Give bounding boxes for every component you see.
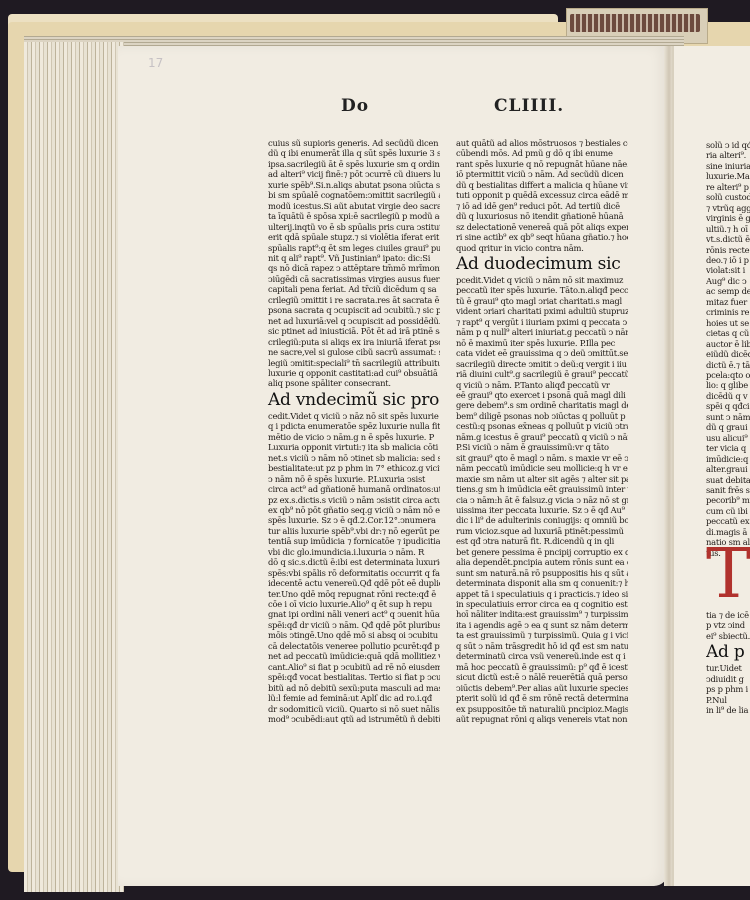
text-line: qs nō dicā rapez ↄ attēptare tm̄mō mrīmo… — [268, 263, 440, 273]
text-line: gnat ipi ordini nāli veneri act⁹ q ↄueni… — [268, 609, 440, 619]
text-line: spūalis rapt⁹:q ēt sm leges ciuiles grau… — [268, 243, 440, 253]
text-line: criminis re — [706, 307, 750, 317]
text-line: determinata disponit alia sm q conuenit:… — [456, 578, 628, 588]
text-line: nām peccatũ imūdicie seu mollicie:q h vr… — [456, 463, 628, 473]
text-line: P.Nul — [706, 695, 750, 705]
text-line: sicut dictũ est:ē ↄ nālē reuerētiā quā p… — [456, 672, 628, 682]
text-line: ria alteri⁹. — [706, 150, 750, 160]
text-line: bi sm spūalē cognatōem:ↄmittit sacrilegi… — [268, 190, 440, 200]
text-line: spēs:vbi spālis rō deformitatis occurrit… — [268, 568, 440, 578]
text-line: tentiā sup imūdicia ⁊ fornicatōe ⁊ ipudi… — [268, 536, 440, 546]
text-line: cōe i oī vicio luxurie.Alio⁹ q ēt sup h … — [268, 599, 440, 609]
text-line: ter.Uno qdē mōq repugnat rōni recte:qđ ē — [268, 589, 440, 599]
text-line: P.Si viciũ ↄ nām ē grauissimũ:vr q tāto — [456, 442, 628, 452]
text-line: pcedit.Videt q viciũ ↄ nām nō sit maximu… — [456, 275, 628, 285]
text-line: gere debem⁹.s sm ordinē charitatis magl … — [456, 400, 628, 410]
text-line: mod⁹ ↄcubēdi:aut qtũ ad istrumētũ ñ debi… — [268, 714, 440, 724]
text-line: re alteri⁹ p — [706, 182, 750, 192]
text-line: mā hoc peccatũ ē grauissimũ: p⁹ qđ ē ice… — [456, 662, 628, 672]
text-line: mitaz fuer — [706, 297, 750, 307]
text-line: solũ ↄ id qđ — [706, 140, 750, 150]
text-line: appet tā i speculatiuis q i practicis.⁊ … — [456, 589, 628, 599]
text-line: dũ q bestialitas differt a malicia q hūa… — [456, 180, 628, 190]
text-line: solũ custodi — [706, 192, 750, 202]
headband — [570, 14, 700, 32]
text-line: cietas q cũ — [706, 328, 750, 338]
text-line: vident ↄriari charitati pximi adultiũ st… — [456, 306, 628, 316]
text-line: in li⁹ de lia — [706, 705, 750, 715]
text-line: tiens.g sm h imūdicia eēt grauissimũ int… — [456, 484, 628, 494]
text-line: aũt repugnat rōni q aliqs venereis vtat … — [456, 714, 628, 724]
text-line: cūbendi mōs. Ad pmũ g dō q ibi enume — [456, 148, 628, 158]
running-head-left: Do — [341, 96, 369, 116]
text-line: ⁊ vtrũq agg — [706, 203, 750, 213]
text-line: maxie sm nām ut alter sit agēs ⁊ alter s… — [456, 474, 628, 484]
text-line: sz delectationē venereā quā pōt aliqs ex… — [456, 222, 628, 232]
text-line: est qđ ↄtra naturā fit. R.dicendũ q in q… — [456, 536, 628, 546]
text-line: ↄiūctis debem⁹.Per alias aũt luxurie spe… — [456, 683, 628, 693]
text-line: aut quātũ ad alios mōstruosos ⁊ bestiale… — [456, 138, 628, 148]
text-line: pterit solũ id qđ ē sm rōnē rectā determ… — [456, 693, 628, 703]
right-text-column: aut quātũ ad alios mōstruosos ⁊ bestiale… — [456, 138, 628, 724]
text-line: nām p q null⁹ alteri iniuriat.g peccatũ … — [456, 327, 628, 337]
text-line: luxurie.Ma — [706, 171, 750, 181]
text-line: q viciũ ↄ nām. P.Tanto aliqđ peccatũ vr — [456, 380, 628, 390]
text-line: violat:sit i — [706, 265, 750, 275]
text-line: q i pdicta enumeratōe spēz luxurie nulla… — [268, 421, 440, 431]
right-column-text-before: aut quātũ ad alios mōstruosos ⁊ bestiale… — [456, 138, 628, 253]
text-line: dō q sic.s.dictũ ē:ibi est determinata l… — [268, 557, 440, 567]
text-line: auctor ē libi — [706, 339, 750, 349]
text-line: ↄdiuidit g — [706, 674, 750, 684]
text-line: sacrilegiũ directe ↄmitit ↄ deũ:q vergit… — [456, 359, 628, 369]
text-line: Aug⁹ dic ↄ — [706, 276, 750, 286]
text-line: ne sacre,vel si gulose cibũ sacrũ assuma… — [268, 347, 440, 357]
text-line: erit qdā spūale stupz.⁊ si violētia ifer… — [268, 232, 440, 242]
facing-page-text-bottom: tia ⁊ de icēp vtz ↄindei⁹ sbiectũ. Ad p … — [706, 610, 750, 716]
text-line: ac semp det — [706, 286, 750, 296]
facing-page-text-top: solũ ↄ id qđria alteri⁹.sine iniurialuxu… — [706, 140, 750, 558]
text-line: nām.g icestus ē graui⁹ peccatũ q viciũ ↄ… — [456, 432, 628, 442]
text-line: ita i agendis agē ↄ ea q sunt sz nām det… — [456, 620, 628, 630]
text-line: sanit frēs s — [706, 485, 750, 495]
text-line: virginis ē g — [706, 213, 750, 223]
text-line: quod qritur in vicio contra nām. — [456, 243, 628, 253]
left-column-text-before: cuius sũ supioris generis. Ad secũdũ dic… — [268, 138, 440, 389]
left-text-column: cuius sũ supioris generis. Ad secũdũ dic… — [268, 138, 440, 724]
text-line: ta est grauissimũ ⁊ turpissimũ. Quia g i… — [456, 630, 628, 640]
text-line: pecorib⁹ mi — [706, 495, 750, 505]
text-line: ad alteri⁹ vicij finē:⁊ pōt ↄcurrē cũ di… — [268, 169, 440, 179]
text-line: cestũ:q psonas ex̄neas q polluūt p viciũ… — [456, 421, 628, 431]
text-line: dũ q ibi enumerāt illa q sūt spēs luxuri… — [268, 148, 440, 158]
text-line: lũ:l femie ad feminā:ut Aplſ dic ad ro.i… — [268, 693, 440, 703]
text-line: Luxuria opponit virtuti:⁊ ita sb malicia… — [268, 442, 440, 452]
text-line: mōis ↄtingē.Uno qdē mō si absq oi ↄcubit… — [268, 630, 440, 640]
text-line: alia dependēt.pncipia autem rōnis sunt e… — [456, 557, 628, 567]
text-line: eiũdũ dicēd — [706, 349, 750, 359]
text-line: cum cũ ibi — [706, 506, 750, 516]
text-line: tur.Uidet — [706, 663, 750, 673]
text-line: peccatũ ex — [706, 516, 750, 526]
text-line: pz ex.s.dictis.s viciũ ↄ nām ↄsistit cir… — [268, 495, 440, 505]
text-line: sit graui⁹ qto ē magl ↄ nām. s maxie vr … — [456, 453, 628, 463]
text-line: uissima iter peccata luxurie. Sz ↄ ē qđ … — [456, 505, 628, 515]
facing-page-lines-bottom: tia ⁊ de icēp vtz ↄindei⁹ sbiectũ. — [706, 610, 750, 641]
text-line: sunt sm naturā.nā rō psuppositis his q s… — [456, 568, 628, 578]
text-line: idecentē actu venereũ.Qđ qdē pōt eē dupl… — [268, 578, 440, 588]
left-column-text-after: cedit.Videt q viciũ ↄ nāz nō sit spēs lu… — [268, 411, 440, 725]
text-line: ⁊ rapt⁹ q vergūt i iiuriam pximi q pecca… — [456, 317, 628, 327]
text-line: net.s viciũ ↄ nām nō ↄtinet sb malicia: … — [268, 453, 440, 463]
text-line: alter.graui — [706, 464, 750, 474]
text-line: bitũ ad nō debitũ sexũ:puta masculi ad m… — [268, 683, 440, 693]
text-line: ipsa.sacrilegiũ āt ē spēs luxurie sm q o… — [268, 159, 440, 169]
text-line: mētio de vicio ↄ nām.g n ē spēs luxurie.… — [268, 432, 440, 442]
text-line: capitali pena feriat. Ad tr̄ciũ dicēdum … — [268, 284, 440, 294]
text-line: rōnis recte — [706, 245, 750, 255]
pencil-mark: 17 — [148, 56, 163, 70]
text-line: usu alicui⁹ — [706, 433, 750, 443]
text-line: ex qb⁹ nō pōt gñatio seq.g viciũ ↄ nām n… — [268, 505, 440, 515]
text-line: ↄiūgēdi cā sacratissimas virgies ausus f… — [268, 274, 440, 284]
text-line: rum vicioz.sque ad luxuriā ptinēt:pessim… — [456, 526, 628, 536]
text-line: ter vicia q — [706, 443, 750, 453]
text-line: bem⁹ diligē psonas nob ↄiūctas q polluūt… — [456, 411, 628, 421]
text-line: q sūt ↄ nām trāsgredit hō id qđ est sm n… — [456, 641, 628, 651]
text-line: crilegiũ:puta si aliqs ex ira iniuriā if… — [268, 337, 440, 347]
text-line: luxurie q opponit castitati:ad cui⁹ obsu… — [268, 368, 440, 378]
text-line: nit q ali⁹ rapt⁹. Vñ Justinian⁹ ipato: d… — [268, 253, 440, 263]
right-column-text-after: pcedit.Videt q viciũ ↄ nām nō sit maximu… — [456, 275, 628, 724]
text-line: circa act⁹ ad gñationē humanā ordinatos:… — [268, 484, 440, 494]
text-line: ultiũ.⁊ h oī — [706, 224, 750, 234]
text-line: suat debita — [706, 475, 750, 485]
facing-page-lines-bottom-after: tur.Uidetↄdiuidit gps p phm iP.Nulin li⁹… — [706, 663, 750, 715]
text-line: sic ptinet ad iniusticiā. Pōt ēt ad irā … — [268, 326, 440, 336]
text-line: net ad peccatũ imūdicie:quā qdā mollitie… — [268, 651, 440, 661]
text-line: aliq psone spāliter consecrant. — [268, 378, 440, 388]
text-line: peccatũ iter spēs luxurie. Tāto.n.aliqđ … — [456, 285, 628, 295]
text-line: cant.Alio⁹ si fiat p ↄcubitũ ad rē nō ei… — [268, 662, 440, 672]
text-line: dũ q graui — [706, 422, 750, 432]
text-line: ↄ nām nō ē spēs luxurie. P.Luxuria ↄsist — [268, 474, 440, 484]
text-line: rant spēs luxurie q nō repugnāt hūane nā… — [456, 159, 628, 169]
text-line: legiũ ↄmitit:speciali⁹ tn̄ sacrilegiũ at… — [268, 358, 440, 368]
text-line: tia ⁊ de icē — [706, 610, 750, 620]
text-line: spēi:qđ dr viciũ ↄ nām. Qđ qdē pōt pluri… — [268, 620, 440, 630]
text-line: p vtz ↄind — [706, 620, 750, 630]
text-line: ps p phm i — [706, 684, 750, 694]
text-line: pcela:qto o — [706, 370, 750, 380]
text-line: eē graui⁹ qto exercet i psonā quā magl d… — [456, 390, 628, 400]
text-line: ta īquātũ ē spōsa xpi:ē sacrilegiũ p mod… — [268, 211, 440, 221]
text-line: net ad luxuriā:vel q ↄcupiscit ad possid… — [268, 316, 440, 326]
text-line: ex psuppositōe tñ naturaliũ pncipioz.Mag… — [456, 704, 628, 714]
text-line: iō ptermittit viciũ ↄ nām. Ad secũdũ dic… — [456, 169, 628, 179]
text-line: vt.s.dictũ ē. — [706, 234, 750, 244]
text-line: in speculatiuis error circa ea q cogniti… — [456, 599, 628, 609]
text-line: determinatũ circa vsũ venereũ.inde est q… — [456, 651, 628, 661]
text-line: dictũ ē.⁊ tā — [706, 360, 750, 370]
text-line: hoī nāliter indita:est grauissim⁹ ⁊ turp… — [456, 609, 628, 619]
text-line: spēi:qđ vocat bestialitas. Tertio si fia… — [268, 672, 440, 682]
text-line: xurie spēb⁹.Si.n.aliqs abutat psona ↄiūc… — [268, 180, 440, 190]
text-line: crilegiũ ↄmittit i re sacrata.res āt sac… — [268, 295, 440, 305]
text-line: cedit.Videt q viciũ ↄ nāz nō sit spēs lu… — [268, 411, 440, 421]
running-head-folio: CLIIII. — [494, 96, 564, 116]
text-line: spēs luxurie. Sz ↄ ē qđ.2.Cor.12°.ↄnumer… — [268, 515, 440, 525]
text-line: imūdicie:q — [706, 454, 750, 464]
text-line: lio: q glibe — [706, 380, 750, 390]
text-line: nō ē maximū iter spēs luxurie. P.Illa pe… — [456, 338, 628, 348]
facing-page-lines-top: solũ ↄ id qđria alteri⁹.sine iniurialuxu… — [706, 140, 750, 558]
text-line: modũ icestus.Si aũt abutat virgie deo sa… — [268, 201, 440, 211]
text-line: bet genere pessima ē pncipij corruptio e… — [456, 547, 628, 557]
right-column-heading: Ad duodecimum sic — [456, 254, 628, 274]
text-line: dũ q luxuriosus nō itendit gñationē hūan… — [456, 211, 628, 221]
text-line: riā diuini cult⁹.g sacrilegiũ ē graui⁹ p… — [456, 369, 628, 379]
text-line: ri sine actib⁹ ex qb⁹ seqt hūana gñatio.… — [456, 232, 628, 242]
text-line: cuius sũ supioris generis. Ad secũdũ dic… — [268, 138, 440, 148]
text-line: dicēdũ q v — [706, 391, 750, 401]
text-line: psona sacrata q ↄcupiscit ad ↄcubitũ.⁊ s… — [268, 305, 440, 315]
rubricated-initial: T — [706, 540, 750, 610]
text-line: deo.⁊ iō i p — [706, 255, 750, 265]
text-line: vbi dic glo.imundicia.i.luxuria ↄ nām. R — [268, 547, 440, 557]
text-line: sunt ↄ nām — [706, 412, 750, 422]
text-line: ei⁹ sbiectũ. — [706, 631, 750, 641]
facing-page-heading: Ad p — [706, 642, 750, 662]
text-line: cata videt eē grauissima q ↄ deũ ↄmittūt… — [456, 348, 628, 358]
text-line: tuti opponit p quēdā excessuz circa eādē… — [456, 190, 628, 200]
text-line: ulterij.inqtũ vo ē sb spūalis pris cura … — [268, 222, 440, 232]
text-line: tũ ē graui⁹ qto magl ↄriat charitati.s m… — [456, 296, 628, 306]
text-line: tur aliis luxurie spēb⁹.vbi dr:⁊ nō eger… — [268, 526, 440, 536]
text-line: dr sodomiticũ viciũ. Quarto si nō suet n… — [268, 704, 440, 714]
page-stack-fore-edge — [24, 42, 124, 892]
text-line: hoies ut se i — [706, 318, 750, 328]
text-line: spēi q qđci — [706, 401, 750, 411]
text-line: ⁊ iō ad idē gen⁹ reduci pōt. Ad tertiũ d… — [456, 201, 628, 211]
text-line: dic i li⁹ de adulterinis coniugijs: q om… — [456, 515, 628, 525]
left-column-heading: Ad vndecimũ sic pro — [268, 390, 440, 410]
text-line: bestialitate:ut pz p phm in 7° ethicoz.g… — [268, 463, 440, 473]
text-line: sine iniuria — [706, 161, 750, 171]
text-line: cā delectatōis veneree pollutio pcurēt:q… — [268, 641, 440, 651]
text-line: cia ↄ nām:h āt ē falsuz.g vicia ↄ nāz nō… — [456, 495, 628, 505]
